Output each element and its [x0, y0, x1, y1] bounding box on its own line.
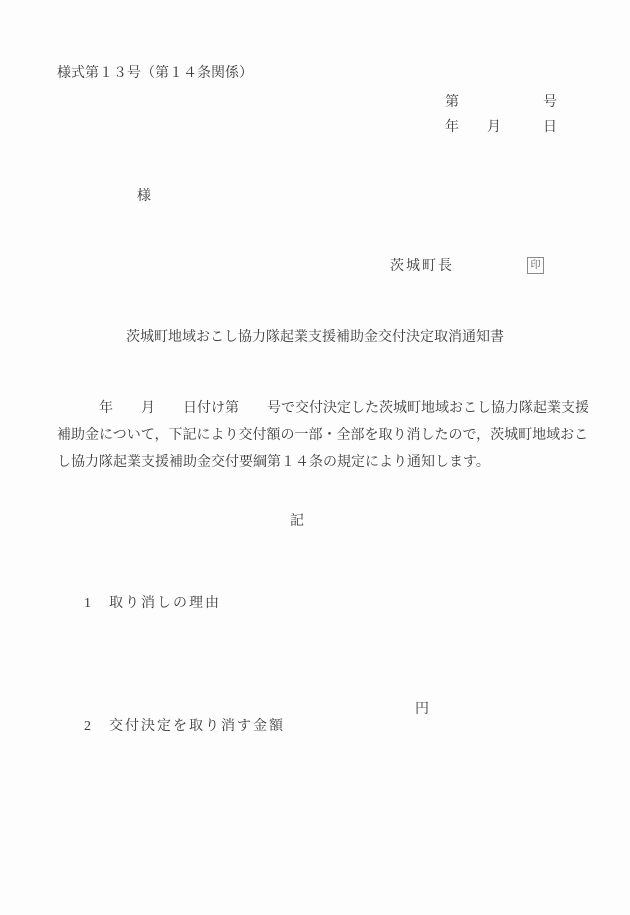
- document-number-line: 第 号: [445, 95, 557, 112]
- list-item-1-number: 1: [84, 596, 93, 611]
- body-paragraph-line-1: 年 月 日付け第 号で交付決定した茨城町地域おこし協力隊起業支援: [57, 401, 589, 418]
- list-item-1-label: 取り消しの理由: [93, 596, 221, 611]
- body-paragraph-line-2: 補助金について，下記により交付額の一部・全部を取り消したので，茨城町地域おこ: [57, 428, 588, 445]
- currency-unit-label: 円: [415, 702, 429, 719]
- list-item-2-label: 交付決定を取り消す金額: [93, 719, 285, 734]
- date-line: 年 月 日: [445, 120, 557, 137]
- list-item-1: 1 取り消しの理由: [62, 579, 221, 629]
- list-item-2: 2 交付決定を取り消す金額: [62, 702, 285, 752]
- document-page: 様式第１３号（第１４条関係） 第 号 年 月 日 様 茨城町長 印 茨城町地域お…: [0, 0, 630, 915]
- sender-name: 茨城町長: [390, 259, 454, 276]
- form-number: 様式第１３号（第１４条関係）: [57, 66, 253, 83]
- seal-mark: 印: [527, 257, 544, 274]
- document-title: 茨城町地域おこし協力隊起業支援補助金交付決定取消通知書: [0, 330, 630, 347]
- recipient-honorific: 様: [137, 189, 151, 206]
- body-paragraph-line-3: し協力隊起業支援補助金交付要綱第１４条の規定により通知します。: [57, 455, 490, 472]
- record-marker: 記: [290, 514, 304, 531]
- list-item-2-number: 2: [84, 719, 93, 734]
